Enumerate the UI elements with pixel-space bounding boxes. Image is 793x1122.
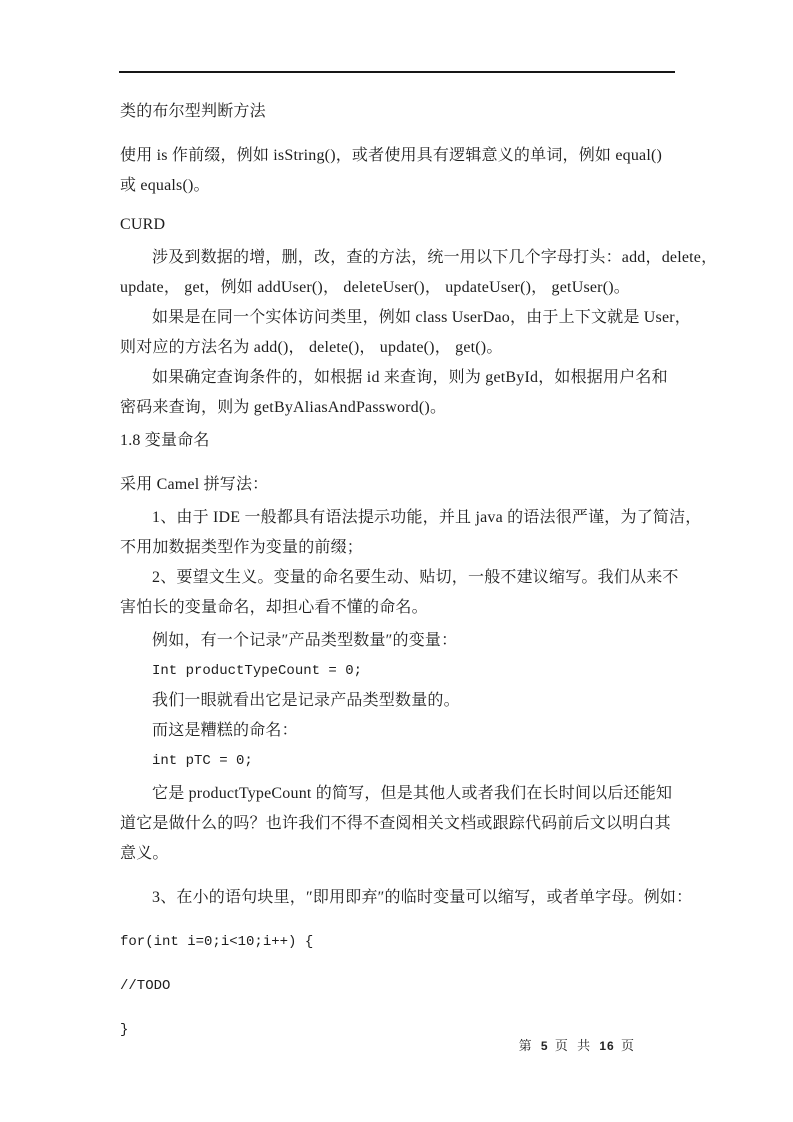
- doc-line: 如果是在同一个实体访问类里，例如 class UserDao，由于上下文就是 U…: [120, 303, 674, 333]
- doc-line: 例如，有一个记录″产品类型数量″的变量：: [120, 626, 674, 656]
- doc-line-curd: CURD: [120, 210, 674, 240]
- footer-label: 页: [555, 1038, 571, 1053]
- doc-line: 而这是糟糕的命名：: [120, 716, 674, 746]
- doc-line: 如果确定查询条件的，如根据 id 来查询，则为 getById，如根据用户名和: [120, 363, 674, 393]
- doc-line: 2、要望文生义。变量的命名要生动、贴切，一般不建议缩写。我们从来不: [120, 563, 674, 593]
- doc-line: 害怕长的变量命名，却担心看不懂的命名。: [120, 593, 674, 623]
- code-line: int pTC = 0;: [120, 746, 674, 776]
- doc-line: 3、在小的语句块里，″即用即弃″的临时变量可以缩写，或者单字母。例如：: [120, 883, 674, 913]
- code-line: Int productTypeCount = 0;: [120, 656, 674, 686]
- footer-label: 共: [577, 1038, 593, 1053]
- document-body: 类的布尔型判断方法 使用 is 作前缀，例如 isString()，或者使用具有…: [120, 97, 674, 1045]
- doc-line: 密码来查询，则为 getByAliasAndPassword()。: [120, 393, 674, 423]
- doc-line: 或 equals()。: [120, 171, 674, 201]
- code-line: //TODO: [120, 971, 674, 1001]
- doc-line: 不用加数据类型作为变量的前缀；: [120, 533, 674, 563]
- doc-line: 则对应的方法名为 add()， delete()， update()， get(…: [120, 333, 674, 363]
- doc-line: 意义。: [120, 839, 674, 869]
- doc-line: 采用 Camel 拼写法：: [120, 470, 674, 500]
- code-line: for(int i=0;i<10;i++) {: [120, 927, 674, 957]
- page-number: 5: [541, 1039, 549, 1053]
- doc-line: 它是 productTypeCount 的简写，但是其他人或者我们在长时间以后还…: [120, 779, 674, 809]
- doc-line: 1、由于 IDE 一般都具有语法提示功能，并且 java 的语法很严谨，为了简洁…: [120, 503, 674, 533]
- doc-line: 道它是做什么的吗？也许我们不得不查阅相关文档或跟踪代码前后文以明白其: [120, 809, 674, 839]
- doc-line: update， get，例如 addUser()， deleteUser()， …: [120, 273, 674, 303]
- header-rule: [119, 71, 675, 73]
- doc-line: 使用 is 作前缀，例如 isString()，或者使用具有逻辑意义的单词，例如…: [120, 141, 674, 171]
- section-heading: 1.8 变量命名: [120, 426, 674, 456]
- paragraph-heading: 类的布尔型判断方法: [120, 97, 674, 127]
- document-page: 类的布尔型判断方法 使用 is 作前缀，例如 isString()，或者使用具有…: [0, 0, 793, 1122]
- page-footer: 第 5 页 共 16 页: [519, 1036, 637, 1056]
- footer-label: 第: [519, 1038, 535, 1053]
- doc-line: 我们一眼就看出它是记录产品类型数量的。: [120, 686, 674, 716]
- total-pages: 16: [599, 1039, 614, 1053]
- footer-label: 页: [621, 1038, 637, 1053]
- doc-line: 涉及到数据的增，删，改，查的方法，统一用以下几个字母打头：add，delete，: [120, 243, 674, 273]
